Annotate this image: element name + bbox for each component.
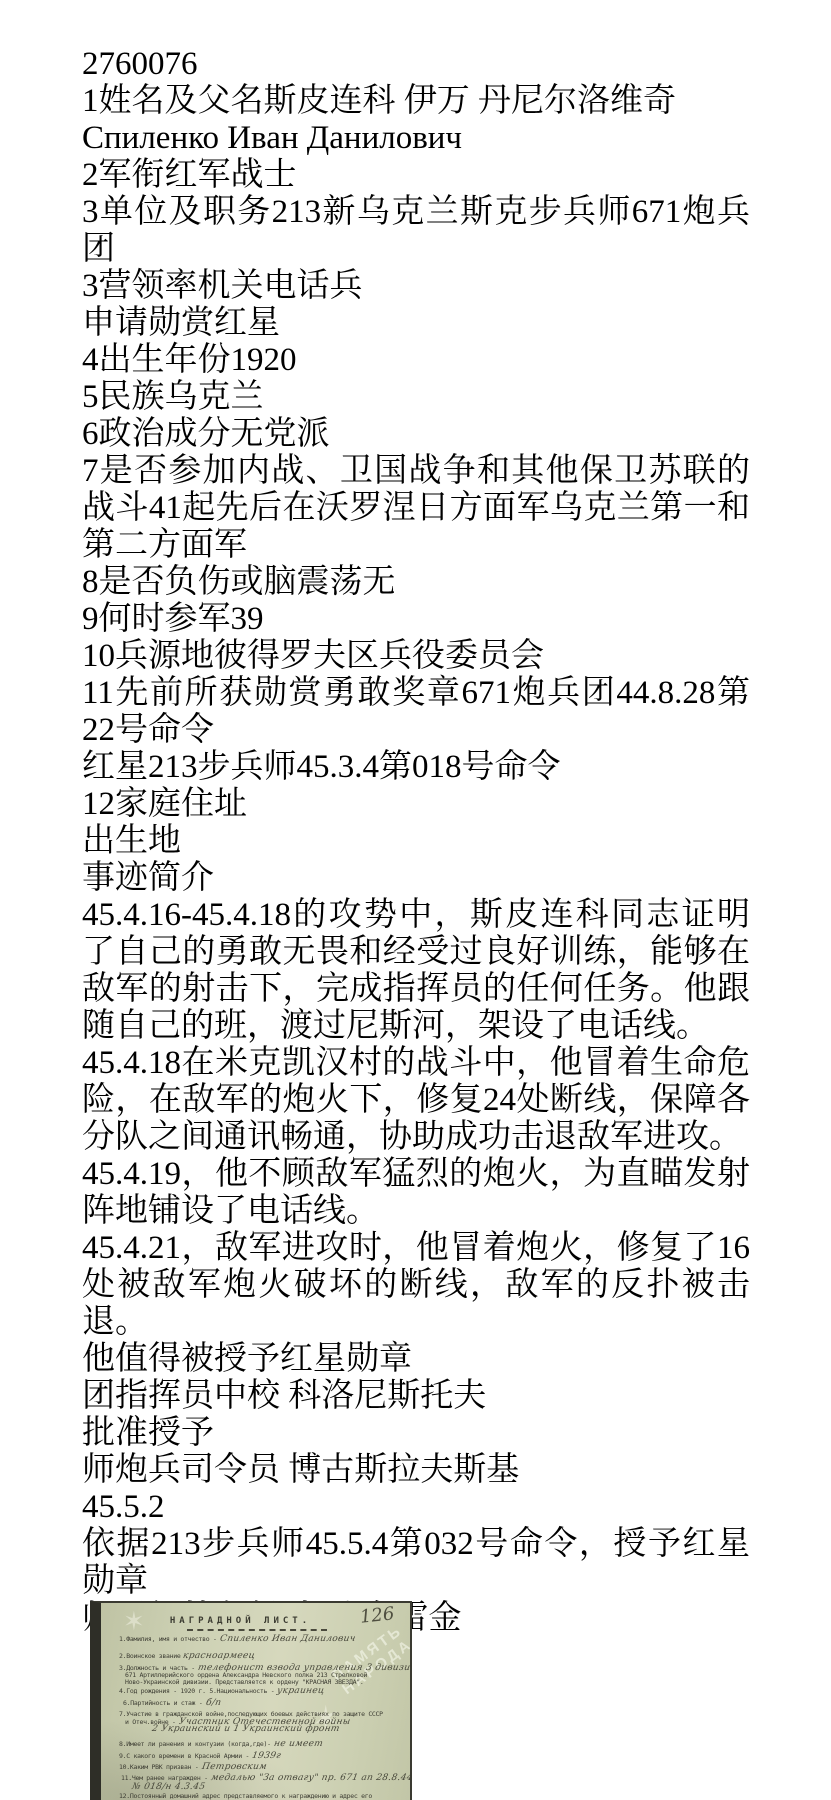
typed-text: 10.Каким РВК призван - bbox=[119, 1763, 199, 1771]
paragraph-artillery-commander: 师炮兵司令员 博古斯拉夫斯基 bbox=[82, 1452, 750, 1489]
paragraph-wounds: 8是否负伤或脑震荡无 bbox=[82, 564, 750, 601]
scan-row: 6.Партийность и стаж - б/п bbox=[123, 1698, 221, 1708]
typed-text: 11.Чем ранее награжден - bbox=[121, 1774, 208, 1782]
paragraph-war-participation: 7是否参加内战、卫国战争和其他保卫苏联的战斗41起先后在沃罗涅日方面军乌克兰第一… bbox=[82, 453, 750, 564]
scan-title-underline bbox=[187, 1629, 327, 1631]
paragraph-deeds-4: 45.4.21，敌军进攻时，他冒着炮火，修复了16处被敌军炮火破坏的断线，敌军的… bbox=[82, 1230, 750, 1341]
typed-text: 12.Постоянный домашний адрес представляе… bbox=[119, 1792, 372, 1800]
paragraph-approval: 批准授予 bbox=[82, 1415, 750, 1452]
paragraph-prior-award-2: 红星213步兵师45.3.4第018号命令 bbox=[82, 749, 750, 786]
handwritten-text: не имеет bbox=[273, 1739, 324, 1749]
scan-row: 10.Каким РВК призван - Петровским bbox=[119, 1762, 266, 1772]
paragraph-prior-award-1: 11先前所获勋赏勇敢奖章671炮兵团44.8.28第22号命令 bbox=[82, 675, 750, 749]
scan-title: НАГРАДНОЙ ЛИСТ. bbox=[101, 1616, 380, 1626]
typed-text: 1.Фамилия, имя и отчество - bbox=[119, 1635, 217, 1643]
paragraph-party: 6政治成分无党派 bbox=[82, 416, 750, 453]
handwritten-text: 2 Украинский и 1 Украинский фронт bbox=[151, 1724, 340, 1734]
scan-row: № 018/н 4.3.45 bbox=[129, 1782, 205, 1792]
paragraph-name-russian: Спиленко Иван Данилович bbox=[82, 120, 750, 157]
paragraph-position: 3营领率机关电话兵 bbox=[82, 268, 750, 305]
paragraph-draft-office: 10兵源地彼得罗夫区兵役委员会 bbox=[82, 638, 750, 675]
paragraph-award-request: 申请勋赏红星 bbox=[82, 305, 750, 342]
handwritten-text: № 018/н 4.3.45 bbox=[131, 1782, 206, 1792]
paragraph-deeds-heading: 事迹简介 bbox=[82, 860, 750, 897]
paragraph-deeds-1: 45.4.16-45.4.18的攻势中，斯皮连科同志证明了自己的勇敢无畏和经受过… bbox=[82, 897, 750, 1045]
paragraph-recommendation: 他值得被授予红星勋章 bbox=[82, 1341, 750, 1378]
handwritten-text: Спиленко Иван Данилович bbox=[219, 1634, 356, 1644]
typed-text: 8.Имеет ли ранения и контузии (когда,где… bbox=[119, 1740, 271, 1748]
document-id: 2760076 bbox=[82, 46, 750, 83]
handwritten-text: 1939г bbox=[251, 1751, 282, 1761]
paragraph-date: 45.5.2 bbox=[82, 1489, 750, 1526]
scan-row: 1.Фамилия, имя и отчество - Спиленко Ива… bbox=[119, 1634, 355, 1644]
typed-text: Ново-Украинской дивизии. Представляется … bbox=[125, 1678, 363, 1686]
paragraph-rank: 2军衔红军战士 bbox=[82, 157, 750, 194]
paragraph-birth-year: 4出生年份1920 bbox=[82, 342, 750, 379]
handwritten-text: Петровским bbox=[201, 1762, 268, 1772]
scan-row: 8.Имеет ли ранения и контузии (когда,где… bbox=[119, 1739, 323, 1749]
typed-text: 2.Воинское звание bbox=[119, 1652, 180, 1660]
paragraph-birthplace: 出生地 bbox=[82, 823, 750, 860]
paragraph-order: 依据213步兵师45.5.4第032号命令，授予红星勋章 bbox=[82, 1526, 750, 1600]
scan-row: 12.Постоянный домашний адрес представляе… bbox=[119, 1792, 375, 1800]
handwritten-text: медалью "За отвагу" пр. 671 ап 28.8.44 bbox=[210, 1773, 412, 1783]
paragraph-home-address: 12家庭住址 bbox=[82, 786, 750, 823]
handwritten-text: красноармеец bbox=[183, 1651, 257, 1661]
paragraph-enlistment: 9何时参军39 bbox=[82, 601, 750, 638]
award-sheet-scan: ✶ ✶ ПАМЯТЬ НАРОДА НАГРАДНОЙ ЛИСТ. 126 1.… bbox=[90, 1601, 412, 1800]
typed-text: 6.Партийность и стаж - bbox=[123, 1699, 203, 1707]
scan-row: 2.Воинское звание красноармеец bbox=[119, 1651, 255, 1661]
handwritten-text: украинец bbox=[276, 1686, 325, 1696]
scan-row: 2 Украинский и 1 Украинский фронт bbox=[149, 1724, 340, 1734]
paragraph-name: 1姓名及父名斯皮连科 伊万 丹尼尔洛维奇 bbox=[82, 83, 750, 120]
scan-row: Ново-Украинской дивизии. Представляется … bbox=[125, 1678, 366, 1686]
scan-page-number: 126 bbox=[359, 1603, 395, 1627]
translated-document: 2760076 1姓名及父名斯皮连科 伊万 丹尼尔洛维奇 Спиленко Ив… bbox=[82, 46, 750, 1637]
scan-row: 4.Год рождения - 1920 г. 5.Национальност… bbox=[119, 1686, 325, 1696]
paragraph-regiment-commander: 团指挥员中校 科洛尼斯托夫 bbox=[82, 1378, 750, 1415]
paragraph-deeds-2: 45.4.18在米克凯汉村的战斗中，他冒着生命危险，在敌军的炮火下，修复24处断… bbox=[82, 1045, 750, 1156]
paragraph-nationality: 5民族乌克兰 bbox=[82, 379, 750, 416]
scan-row: 9.С какого времени в Красной Армии - 193… bbox=[119, 1751, 281, 1761]
typed-text: 4.Год рождения - 1920 г. 5.Национальност… bbox=[119, 1687, 274, 1695]
paragraph-unit: 3单位及职务213新乌克兰斯克步兵师671炮兵团 bbox=[82, 194, 750, 268]
paragraph-deeds-3: 45.4.19，他不顾敌军猛烈的炮火，为直瞄发射阵地铺设了电话线。 bbox=[82, 1156, 750, 1230]
handwritten-text: б/п bbox=[205, 1698, 222, 1708]
typed-text: 9.С какого времени в Красной Армии - bbox=[119, 1752, 249, 1760]
